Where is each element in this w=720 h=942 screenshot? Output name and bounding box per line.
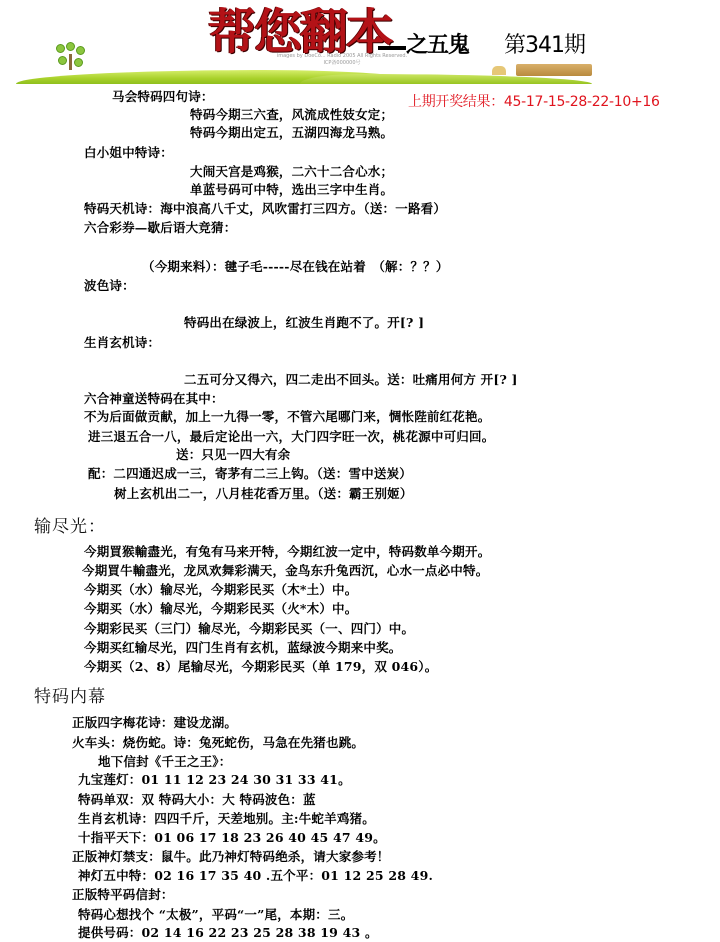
text-line: 二五可分又得六，四二走出不回头。送：吐痛用何方 开[? ] (184, 371, 518, 389)
text-line: 正版神灯禁支：鼠牛。此乃神灯特码绝杀，请大家参考！ (72, 848, 390, 866)
tree-icon (52, 42, 88, 72)
text-line: 今期買牛輸盡光，龙凤欢舞彩满天，金鸟东升兔西沉，心水一点必中特。 (82, 562, 488, 580)
header-banner: （ ） images by DoeCo... Radio 2005 All Ri… (0, 0, 720, 88)
text-line: 正版特平码信封： (72, 886, 174, 904)
text-line: 树上玄机出二一，八月桂花香万里。（送：霸王别姬） (114, 485, 413, 503)
last-result-numbers: 45-17-15-28-22-10+16 (504, 94, 660, 110)
section-heading-inside: 特码内幕 (34, 686, 106, 708)
text-line: 特码单双：双 特码大小：大 特码波色：蓝 (78, 791, 316, 809)
text-line: 今期买（水）输尽光，今期彩民买（火*木）中。 (84, 600, 357, 618)
text-line: （今期来料）：毽子毛-----尽在钱在站着 （解：？？） (142, 258, 449, 276)
text-line: 生肖玄机诗：四四千斤，天差地别。主:牛蛇羊鸡猪。 (78, 810, 375, 828)
text-line: 特码天机诗：海中浪高八千丈，风吹雷打三四方。（送：一路看） (84, 200, 446, 218)
text-line: 今期買猴輸盡光，有兔有马来开特，今期红波一定中，特码数单今期开。 (84, 543, 490, 561)
text-line: 波色诗： (84, 277, 135, 295)
text-line: 白小姐中特诗： (84, 144, 173, 162)
text-line: 今期彩民买（三门）输尽光，今期彩民买（一、四门）中。 (84, 620, 414, 638)
text-line: 今期买（2、8）尾输尽光，今期彩民买（单 179，双 046）。 (84, 658, 437, 676)
text-line: 神灯五中特：02 16 17 35 40 .五个平：01 12 25 28 49… (78, 867, 433, 885)
text-line: 正版四字梅花诗：建设龙湖。 (72, 714, 237, 732)
hut-icon (492, 66, 506, 75)
text-line: 提供号码：02 14 16 22 23 25 28 38 19 43 。 (78, 924, 378, 942)
text-line: 不为后面做贡献，加上一九得一零，不管六尾哪门来，惆怅陛前红花艳。 (84, 408, 490, 426)
text-line: 大闹天宫是鸡猴，二六十二合心水； (190, 163, 393, 181)
text-line: 火车头：烧伤蛇。诗：兔死蛇伤，马急在先猪也跳。 (72, 734, 364, 752)
text-line: 特码心想找个 “太极”，平码“一”尾，本期：三。 (78, 906, 353, 924)
text-line: 今期买红输尽光，四门生肖有玄机，蓝绿波今期来中奖。 (84, 639, 402, 657)
text-line: 今期买（水）输尽光，今期彩民买（木*土）中。 (84, 581, 357, 599)
text-line: 送：只见一四大有余 (176, 446, 290, 464)
last-result: 上期开奖结果：45-17-15-28-22-10+16 (408, 92, 660, 112)
title-dash (378, 46, 406, 50)
text-line: 十指平天下：01 06 17 18 23 26 40 45 47 49。 (78, 829, 386, 847)
text-line: 马会特码四句诗： (112, 88, 214, 106)
last-result-label: 上期开奖结果： (408, 94, 504, 110)
text-line: 地下信封《千王之王》： (98, 753, 231, 771)
text-line: 六合神童送特码在其中： (84, 390, 224, 408)
text-line: 特码出在绿波上，红波生肖跑不了。开[? ] (184, 314, 424, 332)
section-heading-lose: 输尽光： (34, 516, 106, 538)
text-line: 特码今期出定五，五湖四海龙马熟。 (190, 124, 393, 142)
page-subtitle: 之五鬼 (406, 30, 469, 60)
issue-number: 第341期 (504, 32, 585, 60)
text-line: 六合彩券—歇后语大竞猜： (84, 219, 236, 237)
text-line: 特码今期三六查，风流成性妓女定； (190, 106, 393, 124)
text-line: 进三退五合一八，最后定论出一六，大门四字旺一次，桃花源中可归回。 (88, 428, 494, 446)
text-line: 九宝莲灯：01 11 12 23 24 30 31 33 41。 (78, 771, 351, 789)
building-icon (516, 64, 592, 76)
text-line: 配：二四通迟成一三，寄茅有二三上钩。（送：雪中送炭） (88, 465, 412, 483)
text-line: 单蓝号码可中特，选出三字中生肖。 (190, 181, 393, 199)
page-title: 帮您翻本 (208, 2, 392, 62)
text-line: 生肖玄机诗： (84, 334, 160, 352)
